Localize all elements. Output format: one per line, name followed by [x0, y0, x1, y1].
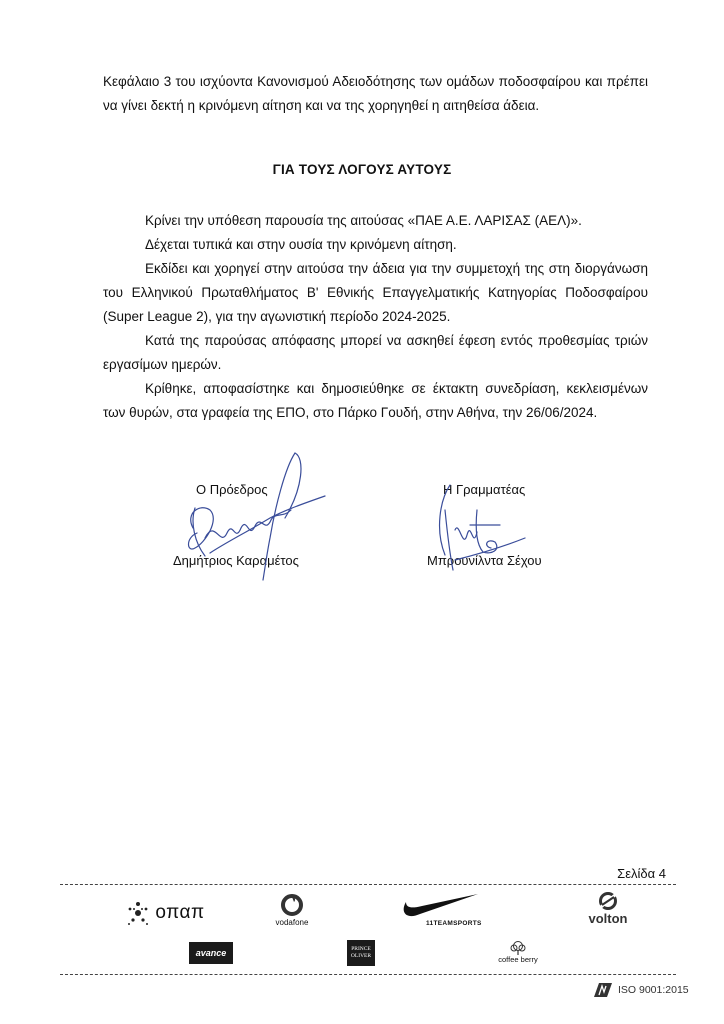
prince-oliver-logo: PRINCE OLIVER — [347, 940, 375, 966]
ruling-5: Κρίθηκε, αποφασίστηκε και δημοσιεύθηκε σ… — [103, 377, 648, 425]
vodafone-logo: vodafone — [262, 890, 322, 930]
footer-bottom-rule — [60, 974, 676, 975]
volton-mark-icon — [599, 891, 617, 911]
intro-paragraph: Κεφάλαιο 3 του ισχύοντα Κανονισμού Αδειο… — [103, 70, 648, 118]
rulings-block: Κρίνει την υπόθεση παρουσία της αιτούσας… — [103, 209, 648, 425]
president-signature — [175, 448, 335, 583]
coffee-berry-logo: coffee berry — [488, 938, 548, 966]
page-number: Σελίδα 4 — [617, 866, 666, 881]
ruling-2: Δέχεται τυπικά και στην ουσία την κρινόμ… — [103, 233, 648, 257]
iso-certification: ISO 9001:2015 — [594, 983, 689, 997]
section-heading: ΓΙΑ ΤΟΥΣ ΛΟΓΟΥΣ ΑΥΤΟΥΣ — [0, 162, 724, 177]
intro-paragraph-block: Κεφάλαιο 3 του ισχύοντα Κανονισμού Αδειο… — [103, 70, 648, 118]
document-page: Κεφάλαιο 3 του ισχύοντα Κανονισμού Αδειο… — [0, 0, 724, 1024]
opap-star-icon — [125, 900, 151, 926]
coffee-tree-icon — [508, 941, 528, 955]
ruling-4: Κατά της παρούσας απόφασης μπορεί να ασκ… — [103, 329, 648, 377]
certification-mark-icon — [594, 983, 612, 997]
vodafone-speechmark-icon — [281, 894, 303, 916]
ruling-1: Κρίνει την υπόθεση παρουσία της αιτούσας… — [103, 209, 648, 233]
avance-logo: avance — [189, 942, 233, 964]
volton-logo: volton — [578, 886, 638, 930]
nike-swoosh-icon — [400, 892, 480, 920]
nike-11teamsports-logo: 11TEAMSPORTS — [400, 888, 510, 930]
ruling-3: Εκδίδει και χορηγεί στην αιτούσα την άδε… — [103, 257, 648, 329]
secretary-signature — [425, 480, 535, 580]
footer-top-rule — [60, 884, 676, 885]
opap-logo: οπαπ — [110, 898, 220, 928]
